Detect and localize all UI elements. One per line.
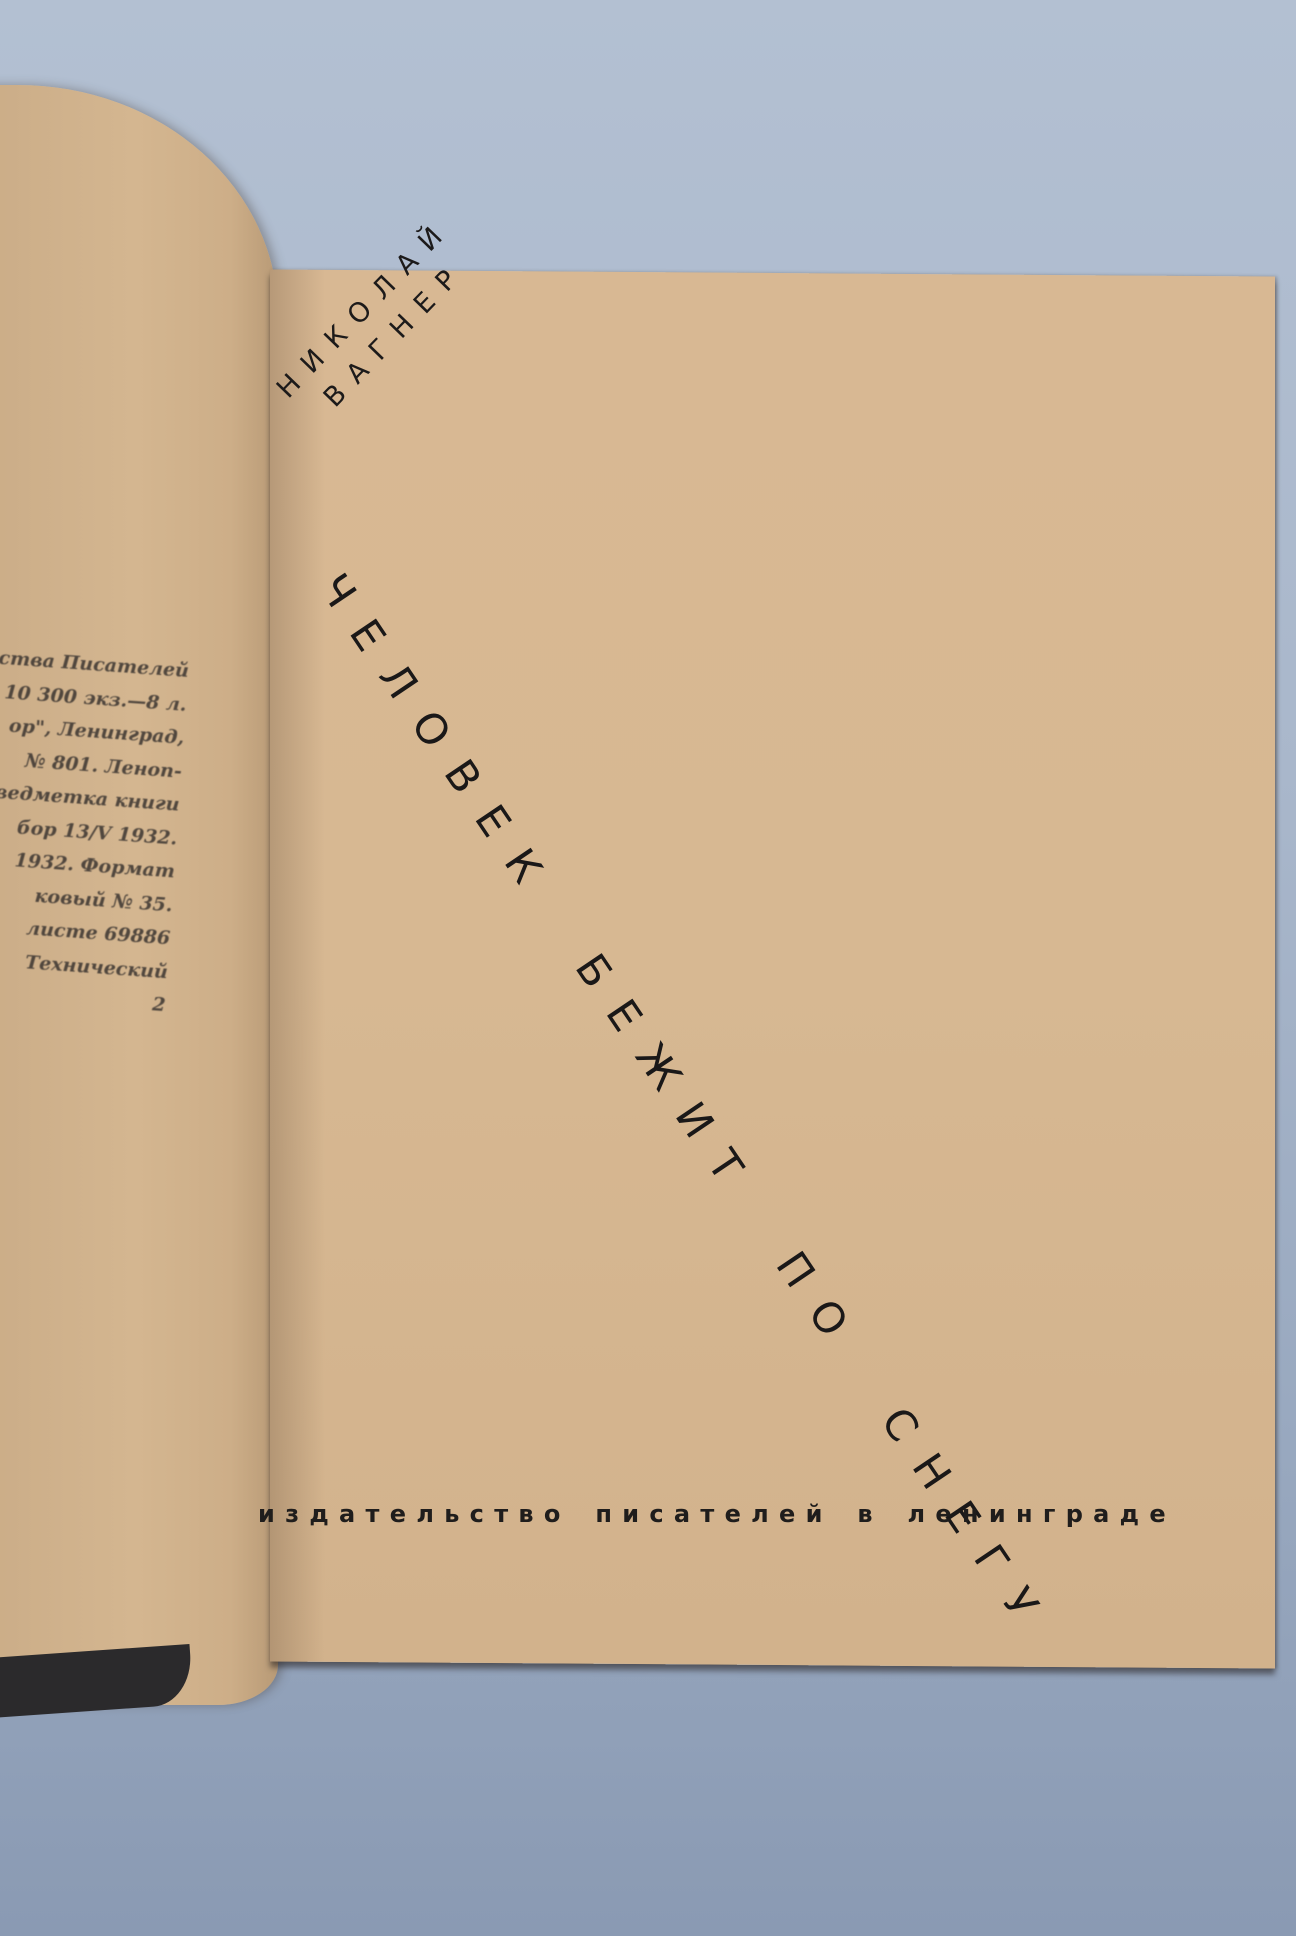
photo-scene: ства Писателей 10 300 экз.—8 л. ор", Лен… <box>0 0 1296 1936</box>
title-page <box>270 269 1275 1668</box>
imprint-text: ства Писателей 10 300 экз.—8 л. ор", Лен… <box>0 640 190 1022</box>
gutter-shadow <box>270 269 325 1661</box>
publisher-line: издательство писателей в ленинграде <box>258 1500 1176 1528</box>
left-cover-edge <box>0 1644 194 1720</box>
